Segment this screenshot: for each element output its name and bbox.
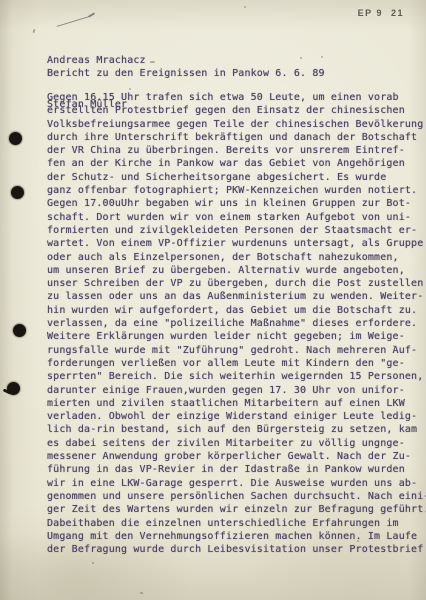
report-body: Gegen 16.15 Uhr trafen sich etwa 50 Leut… xyxy=(47,91,423,556)
pen-scratch-mark xyxy=(32,29,35,33)
pen-scratch-mark xyxy=(88,12,95,17)
report-title: Bericht zu den Ereignissen in Pankow 6. … xyxy=(47,68,325,79)
ink-speck xyxy=(244,6,246,8)
ink-speck xyxy=(92,562,94,564)
ink-speck xyxy=(321,56,323,58)
punch-hole xyxy=(11,186,24,199)
corner-stamp: EP 9 21 xyxy=(358,8,404,18)
punch-hole xyxy=(9,132,22,145)
ink-speck xyxy=(357,540,359,542)
punch-hole xyxy=(7,382,20,395)
ink-speck xyxy=(393,345,395,347)
ink-speck xyxy=(150,61,155,63)
document-page: EP 9 21 Andreas Mrachacz Stefan Müller B… xyxy=(0,0,426,600)
ink-speck xyxy=(140,592,143,594)
author-name: Andreas Mrachacz xyxy=(47,54,146,69)
ink-speck xyxy=(129,88,131,90)
punch-hole xyxy=(13,324,26,337)
ink-speck xyxy=(300,57,302,59)
